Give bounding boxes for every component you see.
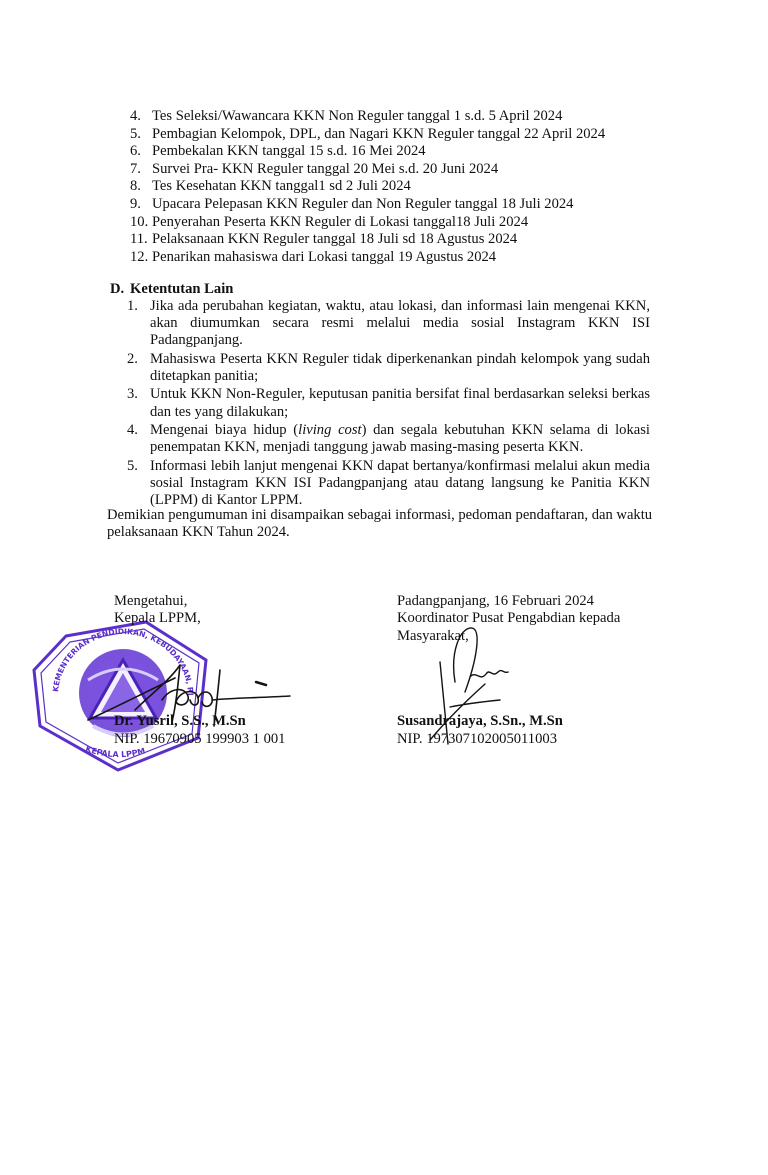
rule-text: Untuk KKN Non-Reguler, keputusan panitia… bbox=[150, 386, 650, 419]
section-heading: D.Ketentutan Lain bbox=[110, 280, 650, 298]
rule-number: 3. bbox=[127, 386, 138, 403]
rule-text: Informasi lebih lanjut mengenai KKN dapa… bbox=[150, 458, 650, 508]
place-date: Padangpanjang, 16 Februari 2024 bbox=[397, 593, 657, 610]
handwritten-signature-left-icon bbox=[80, 660, 300, 730]
rule-item: 2.Mahasiswa Peserta KKN Reguler tidak di… bbox=[110, 351, 650, 385]
item-number: 8. bbox=[130, 178, 141, 196]
item-text: Tes Seleksi/Wawancara KKN Non Reguler ta… bbox=[152, 108, 562, 124]
item-text: Tes Kesehatan KKN tanggal1 sd 2 Juli 202… bbox=[152, 178, 411, 194]
handwritten-signature-right-icon bbox=[410, 622, 520, 747]
item-text: Pembekalan KKN tanggal 15 s.d. 16 Mei 20… bbox=[152, 143, 426, 159]
schedule-item: 12.Penarikan mahasiswa dari Lokasi tangg… bbox=[130, 249, 650, 267]
item-number: 10. bbox=[130, 214, 148, 232]
rule-text: Mahasiswa Peserta KKN Reguler tidak dipe… bbox=[150, 351, 650, 384]
item-number: 12. bbox=[130, 249, 148, 267]
rule-item: 5.Informasi lebih lanjut mengenai KKN da… bbox=[110, 458, 650, 510]
schedule-item: 10.Penyerahan Peserta KKN Reguler di Lok… bbox=[130, 214, 650, 232]
schedule-item: 6.Pembekalan KKN tanggal 15 s.d. 16 Mei … bbox=[130, 143, 650, 161]
schedule-item: 5.Pembagian Kelompok, DPL, dan Nagari KK… bbox=[130, 126, 650, 144]
schedule-item: 9.Upacara Pelepasan KKN Reguler dan Non … bbox=[130, 196, 650, 214]
signature-block-left: Mengetahui, Kepala LPPM, Dr. Yusril, S.S… bbox=[114, 593, 354, 628]
schedule-item: 11.Pelaksanaan KKN Reguler tanggal 18 Ju… bbox=[130, 231, 650, 249]
item-number: 11. bbox=[130, 231, 148, 249]
item-number: 4. bbox=[130, 108, 141, 126]
rule-text-before: Mengenai biaya hidup ( bbox=[150, 422, 298, 438]
item-text: Penyerahan Peserta KKN Reguler di Lokasi… bbox=[152, 214, 528, 230]
item-text: Pelaksanaan KKN Reguler tanggal 18 Juli … bbox=[152, 231, 517, 247]
section-d: D.Ketentutan Lain 1.Jika ada perubahan k… bbox=[110, 280, 650, 510]
rule-number: 5. bbox=[127, 458, 138, 475]
schedule-item: 8.Tes Kesehatan KKN tanggal1 sd 2 Juli 2… bbox=[130, 178, 650, 196]
signer-nip-left: NIP. 19670905 199903 1 001 bbox=[114, 731, 285, 748]
acknowledged-label: Mengetahui, bbox=[114, 593, 354, 610]
item-number: 5. bbox=[130, 126, 141, 144]
rule-item: 3.Untuk KKN Non-Reguler, keputusan panit… bbox=[110, 386, 650, 420]
schedule-item: 7.Survei Pra- KKN Reguler tanggal 20 Mei… bbox=[130, 161, 650, 179]
schedule-item: 4.Tes Seleksi/Wawancara KKN Non Reguler … bbox=[130, 108, 650, 126]
rule-text-italic: living cost bbox=[298, 422, 361, 438]
item-number: 6. bbox=[130, 143, 141, 161]
section-title: Ketentutan Lain bbox=[130, 281, 233, 297]
rule-number: 2. bbox=[127, 351, 138, 368]
rule-number: 4. bbox=[127, 422, 138, 439]
closing-paragraph: Demikian pengumuman ini disampaikan seba… bbox=[107, 507, 667, 542]
rule-number: 1. bbox=[127, 298, 138, 315]
item-number: 7. bbox=[130, 161, 141, 179]
rule-item: 4.Mengenai biaya hidup (living cost) dan… bbox=[110, 422, 650, 456]
rules-list: 1.Jika ada perubahan kegiatan, waktu, at… bbox=[110, 298, 650, 509]
section-letter: D. bbox=[110, 280, 130, 298]
item-number: 9. bbox=[130, 196, 141, 214]
signer-role-left: Kepala LPPM, bbox=[114, 610, 354, 627]
rule-item: 1.Jika ada perubahan kegiatan, waktu, at… bbox=[110, 298, 650, 350]
document-page: 4.Tes Seleksi/Wawancara KKN Non Reguler … bbox=[0, 0, 768, 1175]
item-text: Pembagian Kelompok, DPL, dan Nagari KKN … bbox=[152, 126, 605, 142]
item-text: Upacara Pelepasan KKN Reguler dan Non Re… bbox=[152, 196, 573, 212]
item-text: Penarikan mahasiswa dari Lokasi tanggal … bbox=[152, 249, 496, 265]
item-text: Survei Pra- KKN Reguler tanggal 20 Mei s… bbox=[152, 161, 498, 177]
schedule-list: 4.Tes Seleksi/Wawancara KKN Non Reguler … bbox=[130, 108, 650, 266]
rule-text: Jika ada perubahan kegiatan, waktu, atau… bbox=[150, 298, 650, 348]
